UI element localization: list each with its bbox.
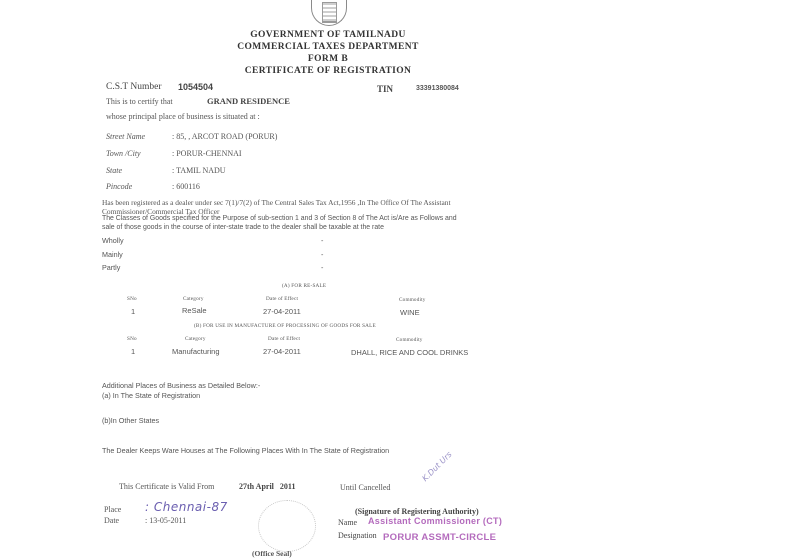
cell-sno: 1	[131, 307, 135, 316]
partly-label: Partly	[102, 263, 120, 272]
cell-date: 27-04-2011	[263, 347, 301, 356]
registered-line-1: Has been registered as a dealer under se…	[102, 198, 451, 207]
state-value: : TAMIL NADU	[172, 166, 226, 175]
street-label: Street Name	[106, 132, 145, 141]
date-value: : 13-05-2011	[145, 516, 186, 525]
column-header-sno: SNo	[127, 336, 137, 342]
designation-label: Designation	[338, 531, 377, 540]
pincode-value: : 600116	[172, 182, 200, 191]
column-header-date: Date of Effect	[268, 336, 300, 342]
wholly-label: Wholly	[102, 236, 124, 245]
name-label: Name	[338, 518, 357, 527]
column-header-date: Date of Effect	[266, 296, 298, 302]
office-seal-label: (Office Seal)	[252, 549, 292, 558]
cell-commodity: WINE	[400, 308, 420, 317]
cst-label: C.S.T Number	[106, 82, 162, 92]
date-label: Date	[104, 516, 119, 525]
certify-text: This is to certify that	[106, 97, 173, 106]
dealer-name: GRAND RESIDENCE	[207, 96, 290, 106]
column-header-category: Category	[183, 296, 204, 302]
certificate-title: CERTIFICATE OF REGISTRATION	[198, 66, 458, 76]
government-title: GOVERNMENT OF TAMILNADU	[198, 30, 458, 40]
warehouse-statement: The Dealer Keeps Ware Houses at The Foll…	[102, 446, 389, 455]
valid-from-date: 27th April 2011	[239, 482, 295, 491]
cst-number: 1054504	[178, 82, 213, 92]
classes-line-2: sale of those goods in the course of int…	[102, 224, 384, 231]
column-header-commodity: Commodity	[396, 337, 423, 343]
place-intro: whose principal place of business is sit…	[106, 112, 260, 121]
town-value: : PORUR-CHENNAI	[172, 149, 242, 158]
department-title: COMMERCIAL TAXES DEPARTMENT	[198, 42, 458, 52]
until-cancelled: Until Cancelled	[340, 483, 390, 492]
tamilnadu-emblem-icon	[311, 0, 347, 26]
cell-sno: 1	[131, 347, 135, 356]
place-label: Place	[104, 505, 121, 514]
wholly-value: -	[321, 236, 323, 245]
state-of-registration: (a) In The State of Registration	[102, 391, 200, 400]
officer-initials: K.Dut Urs	[420, 450, 453, 483]
cell-date: 27-04-2011	[263, 307, 301, 316]
valid-from-label: This Certificate is Valid From	[119, 482, 214, 491]
tin-number: 33391380084	[416, 85, 459, 92]
additional-places-heading: Additional Places of Business as Detaile…	[102, 381, 260, 390]
column-header-sno: SNo	[127, 296, 137, 302]
cell-category: Manufacturing	[172, 347, 220, 356]
street-value: : 85, , ARCOT ROAD (PORUR)	[172, 132, 277, 141]
classes-line-1: The Classes of Goods specified for the P…	[102, 215, 457, 222]
state-label: State	[106, 166, 122, 175]
column-header-commodity: Commodity	[399, 297, 426, 303]
designation-value: PORUR ASSMT-CIRCLE	[383, 532, 496, 543]
cell-category: ReSale	[182, 306, 207, 315]
other-states: (b)In Other States	[102, 416, 159, 425]
column-header-category: Category	[185, 336, 206, 342]
signature-label: (Signature of Registering Authority)	[355, 507, 479, 516]
place-value: : Chennai-87	[145, 500, 228, 514]
office-seal-stamp	[258, 500, 316, 552]
mainly-value: -	[321, 250, 323, 259]
mainly-label: Mainly	[102, 250, 123, 259]
table-title: (A) FOR RE-SALE	[282, 283, 326, 289]
cell-commodity: DHALL, RICE AND COOL DRINKS	[351, 348, 468, 357]
table-title: (B) FOR USE IN MANUFACTURE OF PROCESSING…	[194, 323, 376, 329]
form-title: FORM B	[198, 54, 458, 64]
partly-value: -	[321, 263, 323, 272]
name-value: Assistant Commissioner (CT)	[368, 516, 502, 526]
town-label: Town /City	[106, 149, 141, 158]
pincode-label: Pincode	[106, 182, 132, 191]
tin-label: TIN	[377, 84, 393, 94]
